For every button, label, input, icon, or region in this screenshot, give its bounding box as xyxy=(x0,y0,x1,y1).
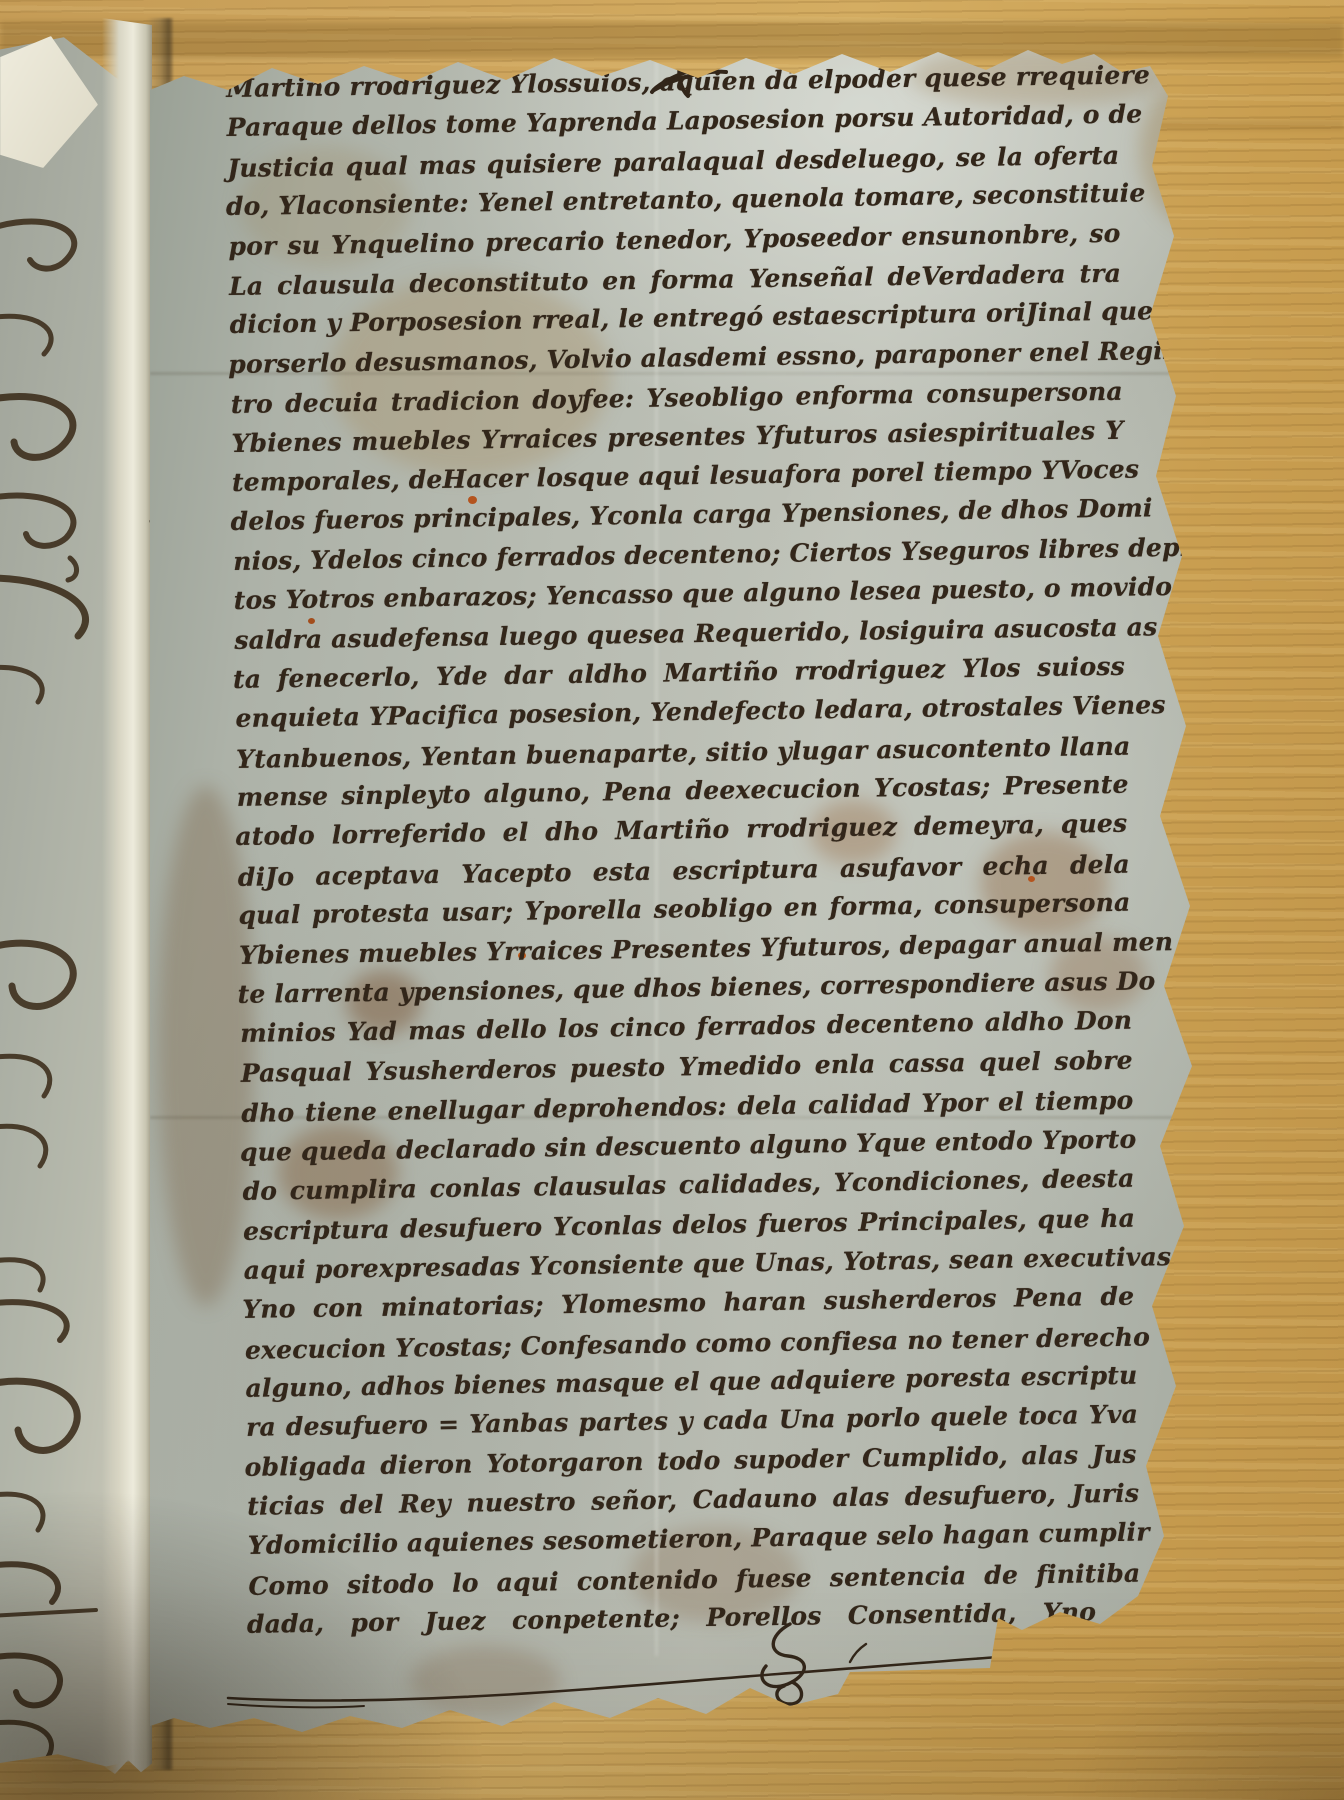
manuscript-photo-scene: Martiño rrodriguez Ylossuios, aquien dá … xyxy=(0,0,1344,1800)
wood-grain-band xyxy=(0,22,1344,58)
book-gutter-fold xyxy=(102,18,152,1774)
manuscript-text: Martiño rrodriguez Ylossuios, aquien dá … xyxy=(226,61,1141,1650)
manuscript-page: Martiño rrodriguez Ylossuios, aquien dá … xyxy=(150,26,1196,1768)
